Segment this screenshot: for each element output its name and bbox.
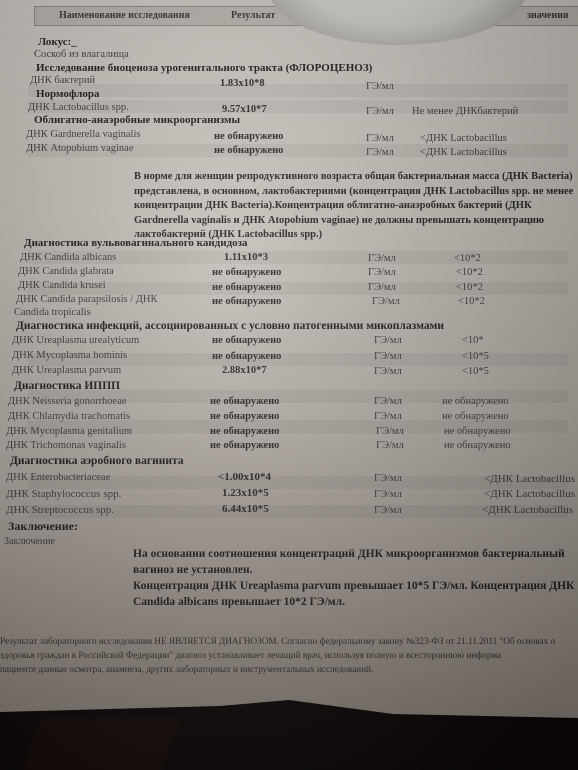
row-result: <1.00x10*4 xyxy=(218,471,271,483)
conclusion-text: На основании соотношения концентраций ДН… xyxy=(133,546,578,610)
row-ref: <10* xyxy=(462,335,484,346)
header-col-result: Результат xyxy=(231,10,275,21)
section-title-aerobic: Диагностика аэробного вагинита xyxy=(10,455,184,467)
row-name: ДНК Ureaplasma parvum xyxy=(12,365,121,376)
row-ref: <ДНК Lactobacillus xyxy=(484,488,575,500)
row-result: не обнаружено xyxy=(212,267,281,278)
row-unit: ГЭ/мл xyxy=(374,396,402,407)
row-name: ДНК Staphylococcus spp. xyxy=(6,488,121,500)
row-ref: не обнаружено xyxy=(444,440,511,451)
section-title-normoflora: Нормофлора xyxy=(36,88,99,100)
row-name: ДНК Candida krusei xyxy=(18,280,106,291)
row-ref: <10*2 xyxy=(456,267,483,278)
row-ref: Не менее ДНКбактерий xyxy=(412,106,518,117)
row-name: ДНК Gardnerella vaginalis xyxy=(26,129,140,140)
section-title-florocenosis: Исследование биоценоза урогенитального т… xyxy=(36,62,372,74)
row-result: не обнаружено xyxy=(210,440,279,451)
row-name: ДНК Ureaplasma urealyticum xyxy=(12,335,139,346)
locus-value: Соскоб из влагалища xyxy=(34,49,129,60)
row-unit: ГЭ/мл xyxy=(366,106,394,117)
row-unit: ГЭ/мл xyxy=(374,505,402,516)
row-result: 2.88x10*7 xyxy=(222,365,267,376)
row-ref: <10*5 xyxy=(462,351,489,362)
row-name: ДНК Enterobacteriaceae xyxy=(6,472,110,483)
row-name: ДНК Chlamydia trachomatis xyxy=(8,411,130,422)
row-ref: <ДНК Lactobacillus xyxy=(420,133,507,144)
row-unit: ГЭ/мл xyxy=(368,253,396,264)
row-ref: <ДНК Lactobacillus xyxy=(484,473,575,485)
row-result: 1.23x10*5 xyxy=(222,487,269,499)
row-ref: не обнаружено xyxy=(442,396,509,407)
row-ref: <10*2 xyxy=(456,282,483,293)
row-unit: ГЭ/мл xyxy=(372,296,400,307)
row-name: ДНК Atopobium vaginae xyxy=(26,143,133,154)
section-title-candida: Диагностика вульвовагинального кандидоза xyxy=(24,237,248,249)
row-ref: <10*5 xyxy=(462,366,489,377)
row-ref: не обнаружено xyxy=(442,411,509,422)
row-ref: не обнаружено xyxy=(444,426,511,437)
row-name: ДНК Mycoplasma genitalium xyxy=(6,426,132,437)
conclusion-label: Заключение xyxy=(4,536,55,547)
row-result: не обнаружено xyxy=(210,411,279,422)
row-ref: <ДНК Lactobacillus xyxy=(482,504,573,516)
row-unit: ГЭ/мл xyxy=(376,426,404,437)
row-name: ДНК Lactobacillus spp. xyxy=(28,102,129,113)
row-unit: ГЭ/мл xyxy=(366,81,394,92)
row-name: ДНК Candida glabrata xyxy=(18,266,114,277)
section-title-std: Диагностика ИППП xyxy=(14,380,120,392)
row-ref: <10*2 xyxy=(454,253,481,264)
row-name: ДНК Streptococcus spp. xyxy=(6,504,114,516)
row-name: ДНК Candida albicans xyxy=(20,252,116,263)
row-unit: ГЭ/мл xyxy=(376,440,404,451)
row-result: не обнаружено xyxy=(212,296,281,307)
row-name: ДНК Candida parapsilosis / ДНК xyxy=(16,294,157,305)
row-name: ДНК Mycoplasma hominis xyxy=(12,350,127,361)
conclusion-paragraph-1: На основании соотношения концентраций ДН… xyxy=(133,546,578,578)
row-unit: ГЭ/мл xyxy=(374,351,402,362)
norm-note: В норме для женщин репродуктивного возра… xyxy=(134,170,574,243)
row-result: 6.44x10*5 xyxy=(222,503,269,515)
row-unit: ГЭ/мл xyxy=(366,133,394,144)
row-result: не обнаружено xyxy=(210,396,279,407)
row-unit: ГЭ/мл xyxy=(374,411,402,422)
row-name-cont: Candida tropicalis xyxy=(14,307,91,318)
section-title-anaerobes: Облигатно-анаэробные микроорганизмы xyxy=(34,114,240,126)
row-result: не обнаружено xyxy=(212,335,281,346)
footer-line-1: Результат лабораторного исследования НЕ … xyxy=(0,634,578,648)
row-result: 1.11x10*3 xyxy=(224,252,268,263)
row-result: не обнаружено xyxy=(212,351,281,362)
section-title-mycoplasma: Диагностика инфекций, ассоциированных с … xyxy=(16,320,444,332)
row-name: ДНК Neisseria gonorrhoeae xyxy=(8,396,127,407)
footer-line-2: здоровья граждан в Российской Федерации"… xyxy=(0,648,578,662)
conclusion-paragraph-2: Концентрация ДНК Ureaplasma parvum превы… xyxy=(133,578,578,610)
locus-label: Локус:_ xyxy=(38,36,77,48)
header-col-name: Наименование исследования xyxy=(59,10,190,21)
row-unit: ГЭ/мл xyxy=(368,282,396,293)
row-unit: ГЭ/мл xyxy=(374,335,402,346)
footer-line-3: пациенте данные осмотра, анамнеза, други… xyxy=(0,662,578,676)
row-name: ДНК Trichomonas vaginalis xyxy=(6,440,126,451)
disclaimer-footer: Результат лабораторного исследования НЕ … xyxy=(0,634,578,676)
row-result: не обнаружено xyxy=(210,426,279,437)
row-unit: ГЭ/мл xyxy=(368,267,396,278)
row-unit: ГЭ/мл xyxy=(374,366,402,377)
row-result: не обнаружено xyxy=(212,282,281,293)
row-result: не обнаружено xyxy=(214,145,283,156)
row-ref: <10*2 xyxy=(458,296,485,307)
background-object xyxy=(19,718,181,770)
row-result: не обнаружено xyxy=(214,131,283,142)
row-unit: ГЭ/мл xyxy=(374,473,402,484)
row-name: ДНК бактерий xyxy=(30,75,95,86)
row-ref: <ДНК Lactobacillus xyxy=(420,147,507,158)
row-unit: ГЭ/мл xyxy=(374,489,402,500)
row-result: 1.83x10*8 xyxy=(220,78,265,89)
conclusion-title: Заключение: xyxy=(8,519,78,534)
row-unit: ГЭ/мл xyxy=(366,147,394,158)
header-col-ref: значения xyxy=(527,10,568,21)
